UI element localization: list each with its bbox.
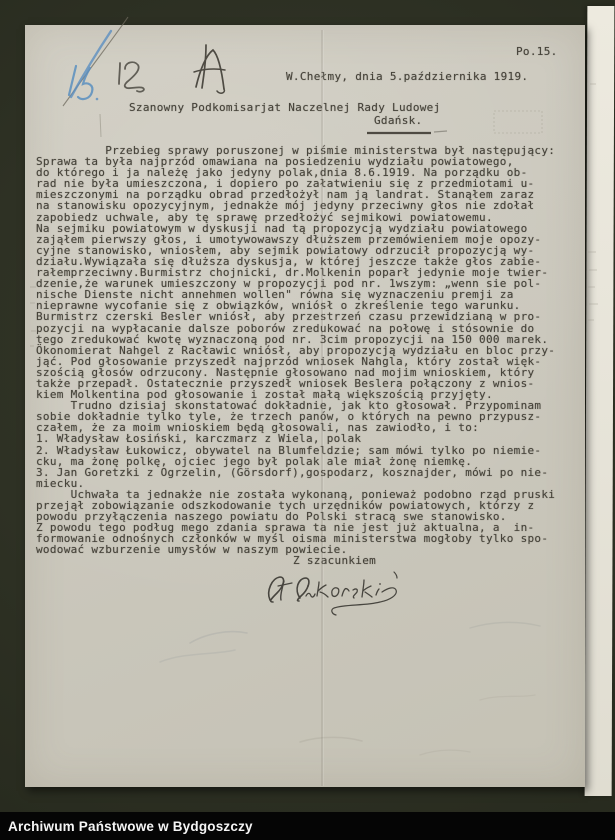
dateline: W.Chełmy, dnia 5.października 1919. [286, 70, 528, 83]
archive-caption-bar: Archiwum Państwowe w Bydgoszczy [0, 812, 615, 840]
recipient-city: Gdańsk. [374, 114, 422, 127]
photograph-background: Po.15. W.Chełmy, dnia 5.października 191… [0, 0, 615, 840]
letter-body: Przebieg sprawy poruszonej w piśmie mini… [36, 145, 555, 555]
document-page: Po.15. W.Chełmy, dnia 5.października 191… [25, 25, 585, 787]
reference-number: Po.15. [516, 45, 558, 58]
closing-salutation: Z szacunkiem [293, 554, 376, 567]
backing-sheet [585, 6, 615, 796]
archive-name: Archiwum Państwowe w Bydgoszczy [0, 819, 253, 834]
recipient-line: Szanowny Podkomisarjat Naczelnej Rady Lu… [129, 101, 441, 114]
